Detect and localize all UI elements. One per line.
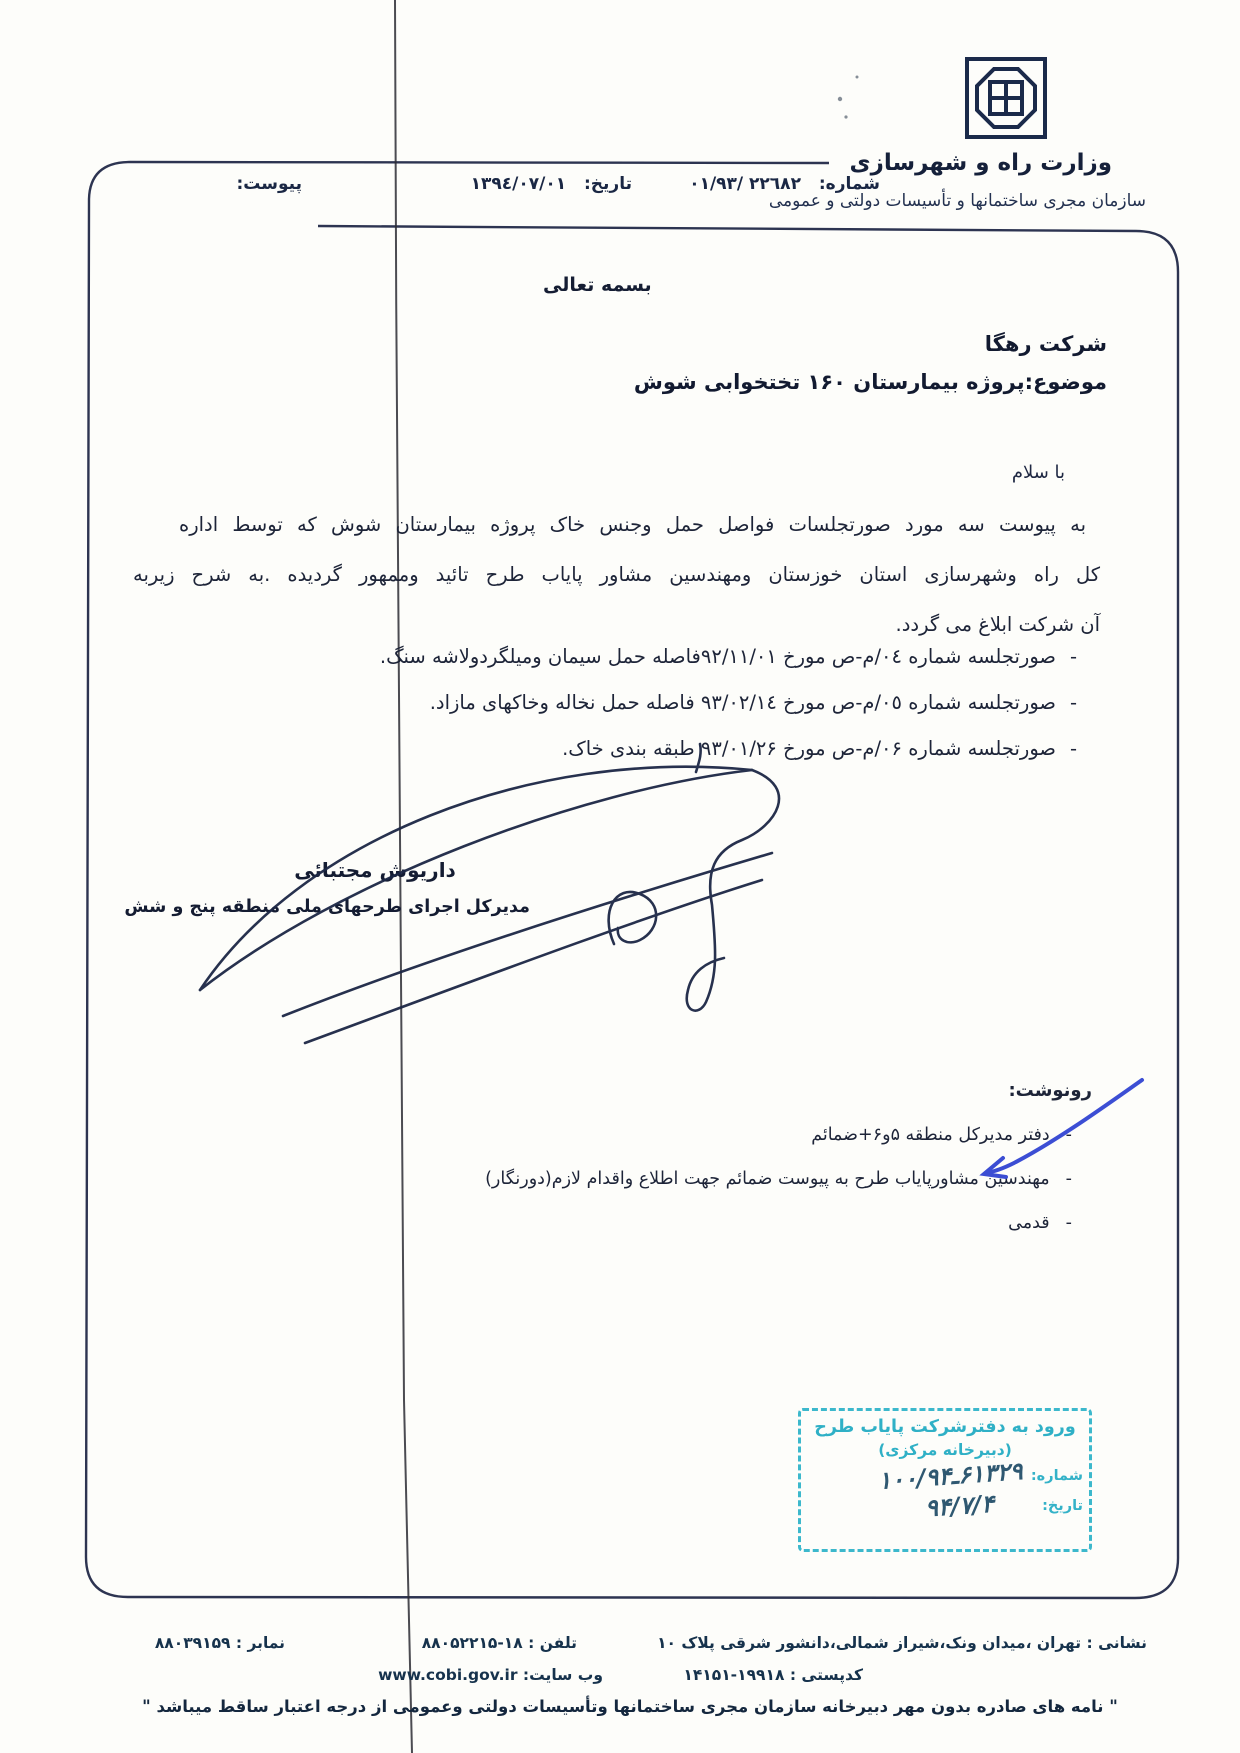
cc-item: -دفتر مدیرکل منطقه ۵و۶+ضمائم	[485, 1113, 1072, 1157]
bullet-dash: -	[1070, 737, 1077, 760]
cc-dash: -	[1066, 1125, 1072, 1145]
body-line: به پیوست سه مورد صورتجلسات فواصل حمل وجن…	[133, 500, 1100, 550]
letter-number-value: ٠١/٩٣/ ٢٢٦٨٢	[689, 174, 801, 194]
signer-title: مدیرکل اجرای طرحهای ملی منطقه پنج و شش	[150, 897, 530, 917]
letter-date-value: ١٣٩٤/٠٧/٠١	[471, 174, 566, 194]
letter-date-field: تاریخ: ١٣٩٤/٠٧/٠١	[471, 174, 632, 194]
organization-subtitle: سازمان مجری ساختمانها و تأسیسات دولتی و …	[769, 191, 1146, 211]
footer-phone-value: ۸۸۰۵۲۲۱۵-۱۸	[422, 1634, 523, 1652]
footer-postal-label: کدپستی :	[790, 1666, 863, 1684]
attachment-label: پیوست:	[237, 174, 303, 194]
stamp-subtitle: (دبیرخانه مرکزی)	[807, 1439, 1083, 1461]
bullet-dash: -	[1070, 691, 1077, 714]
bismillah-heading: بسمه تعالی	[543, 274, 652, 296]
footer-phone-label: تلفن :	[528, 1634, 577, 1652]
signature-scribble	[200, 744, 779, 1043]
letter-date-label: تاریخ:	[584, 174, 632, 194]
receipt-stamp: ورود به دفترشرکت پایاب طرح (دبیرخانه مرک…	[798, 1408, 1092, 1552]
bullet-dash: -	[1070, 645, 1077, 668]
list-item: -صورتجلسه شماره ٠۶/م-ص مورخ ٩٣/٠١/٢۶ طبق…	[380, 726, 1077, 772]
attachment-field: پیوست:	[237, 174, 303, 194]
cc-item-text: دفتر مدیرکل منطقه ۵و۶+ضمائم	[811, 1125, 1049, 1145]
body-line: کل راه وشهرسازی استان خوزستان ومهندسین م…	[133, 550, 1100, 600]
footer-fax-label: نمابر :	[236, 1634, 285, 1652]
bullet-text: صورتجلسه شماره ٠۶/م-ص مورخ ٩٣/٠١/٢۶ طبقه…	[562, 737, 1056, 760]
scan-noise-specks	[838, 76, 859, 119]
ministry-title: وزارت راه و شهرسازی	[850, 150, 1112, 176]
footer-website-value: www.cobi.gov.ir	[378, 1666, 517, 1684]
bullet-text: صورتجلسه شماره ٠٥/م-ص مورخ ٩٣/٠٢/١٤ فاصل…	[430, 691, 1056, 714]
cc-item-text: مهندسین مشاورپایاب طرح به پیوست ضمائم جه…	[485, 1169, 1050, 1189]
list-item: -صورتجلسه شماره ٠٥/م-ص مورخ ٩٣/٠٢/١٤ فاص…	[380, 680, 1077, 726]
bullet-text: صورتجلسه شماره ٠٤/م-ص مورخ ٩٢/١١/٠١فاصله…	[380, 645, 1056, 668]
footer-postal-value: ۱۴۱۵۱-۱۹۹۱۸	[683, 1666, 784, 1684]
signer-name: داریوش مجتبائی	[285, 858, 465, 882]
cc-heading: رونوشت:	[485, 1080, 1092, 1101]
cc-item-text: قدمی	[1008, 1213, 1050, 1233]
cc-dash: -	[1066, 1213, 1072, 1233]
meeting-minutes-list: -صورتجلسه شماره ٠٤/م-ص مورخ ٩٢/١١/٠١فاصل…	[380, 634, 1077, 772]
letter-number-field: شماره: ٠١/٩٣/ ٢٢٦٨٢	[689, 174, 880, 194]
stamp-title: ورود به دفترشرکت پایاب طرح	[807, 1415, 1083, 1439]
footer-fax-value: ۸۸۰۳۹۱۵۹	[155, 1634, 231, 1652]
stamp-date-label: تاریخ:	[1042, 1498, 1083, 1514]
stamp-number-row: شماره: ۱۰۰/۹۴ـ۶۱۳۲۹	[807, 1461, 1083, 1491]
footer-disclaimer: " نامه های صادره بدون مهر دبیرخانه سازما…	[110, 1697, 1150, 1716]
cc-item: -مهندسین مشاورپایاب طرح به پیوست ضمائم ج…	[485, 1157, 1072, 1201]
cc-item: -قدمی	[485, 1201, 1072, 1245]
footer-website-label: وب سایت:	[523, 1666, 603, 1684]
scanned-letter-page: وزارت راه و شهرسازی سازمان مجری ساختمانه…	[0, 0, 1240, 1753]
subject-line: موضوع:پروژه بیمارستان ۱۶۰ تختخوابی شوش	[634, 370, 1107, 394]
list-item: -صورتجلسه شماره ٠٤/م-ص مورخ ٩٢/١١/٠١فاصل…	[380, 634, 1077, 680]
letter-number-label: شماره:	[819, 174, 880, 194]
footer-address: نشانی : تهران ،میدان ونک،شیراز شمالی،دان…	[657, 1634, 1147, 1652]
footer-fax: نمابر : ۸۸۰۳۹۱۵۹	[155, 1634, 285, 1652]
footer-phone: تلفن : ۸۸۰۵۲۲۱۵-۱۸	[422, 1634, 577, 1652]
cc-section: رونوشت: -دفتر مدیرکل منطقه ۵و۶+ضمائم -مه…	[485, 1080, 1092, 1245]
recipient-line: شرکت رهگا	[985, 332, 1107, 356]
salutation-line: با سلام	[1012, 462, 1065, 483]
footer-postal: کدپستی : ۱۴۱۵۱-۱۹۹۱۸	[683, 1666, 863, 1684]
stamp-number-label: شماره:	[1031, 1468, 1083, 1484]
ministry-seal-icon	[964, 56, 1048, 140]
stamp-date-row: تاریخ: ۹۴/۷/۴	[807, 1491, 1083, 1521]
stamp-date-handwritten: ۹۴/۷/۴	[924, 1490, 995, 1523]
cc-dash: -	[1066, 1169, 1072, 1189]
stamp-number-handwritten: ۱۰۰/۹۴ـ۶۱۳۲۹	[877, 1457, 1023, 1495]
footer-website: وب سایت: www.cobi.gov.ir	[378, 1666, 603, 1684]
body-paragraph: به پیوست سه مورد صورتجلسات فواصل حمل وجن…	[133, 500, 1100, 650]
